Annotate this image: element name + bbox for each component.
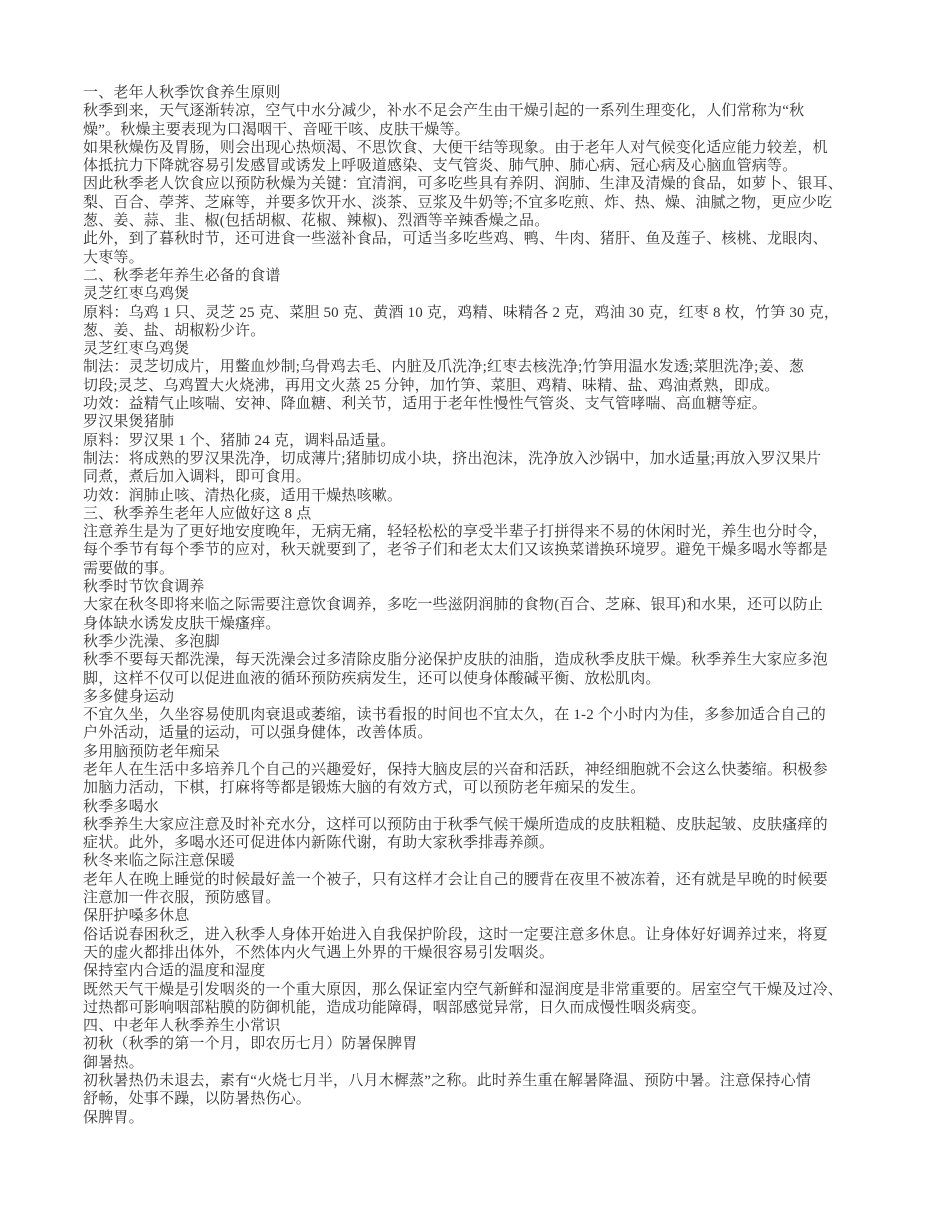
text-line: 罗汉果煲猪肺 <box>83 413 893 431</box>
document-text: 一、老年人秋季饮食养生原则秋季到来，天气逐渐转凉，空气中水分减少，补水不足会产生… <box>83 84 893 1127</box>
text-line: 不宜久坐，久坐容易使肌肉衰退或萎缩，读书看报的时间也不宜太久，在 1-2 个小时… <box>83 706 893 724</box>
text-line: 因此秋季老人饮食应以预防秋燥为关键：宜清润，可多吃些具有养阴、润肺、生津及清燥的… <box>83 175 893 193</box>
text-line: 秋冬来临之际注意保暖 <box>83 852 893 870</box>
text-line: 初秋（秋季的第一个月，即农历七月）防暑保脾胃 <box>83 1035 893 1053</box>
text-line: 每个季节有每个季节的应对，秋天就要到了，老爷子们和老太太们又该换菜谱换环境罗。避… <box>83 541 893 559</box>
text-line: 体抵抗力下降就容易引发感冒或诱发上呼吸道感染、支气管炎、肺气肿、肺心病、冠心病及… <box>83 157 893 175</box>
text-line: 秋季不要每天都洗澡，每天洗澡会过多清除皮脂分泌保护皮肤的油脂，造成秋季皮肤干燥。… <box>83 651 893 669</box>
text-line: 秋季到来，天气逐渐转凉，空气中水分减少，补水不足会产生由干燥引起的一系列生理变化… <box>83 102 893 120</box>
text-line: 一、老年人秋季饮食养生原则 <box>83 84 893 102</box>
text-line: 身体缺水诱发皮肤干燥瘙痒。 <box>83 615 893 633</box>
text-line: 灵芝红枣乌鸡煲 <box>83 285 893 303</box>
text-line: 梨、百合、荸荠、芝麻等，并要多饮开水、淡茶、豆浆及牛奶等;不宜多吃煎、炸、热、燥… <box>83 194 893 212</box>
text-line: 功效：润肺止咳、清热化痰，适用干燥热咳嗽。 <box>83 487 893 505</box>
text-line: 老年人在晚上睡觉的时候最好盖一个被子，只有这样才会让自己的腰背在夜里不被冻着，还… <box>83 871 893 889</box>
text-line: 原料：罗汉果 1 个、猪肺 24 克，调料品适量。 <box>83 432 893 450</box>
text-line: 天的虚火都排出体外，不然体内火气遇上外界的干燥很容易引发咽炎。 <box>83 944 893 962</box>
text-line: 秋季养生大家应注意及时补充水分，这样可以预防由于秋季气候干燥所造成的皮肤粗糙、皮… <box>83 816 893 834</box>
text-line: 同煮，煮后加入调料，即可食用。 <box>83 468 893 486</box>
text-line: 葱、姜、蒜、韭、椒(包括胡椒、花椒、辣椒)、烈酒等辛辣香燥之品。 <box>83 212 893 230</box>
text-line: 保持室内合适的温度和湿度 <box>83 962 893 980</box>
text-line: 四、中老年人秋季养生小常识 <box>83 1017 893 1035</box>
text-line: 多多健身运动 <box>83 688 893 706</box>
text-line: 切段;灵芝、乌鸡置大火烧沸，再用文火蒸 25 分钟，加竹笋、菜胆、鸡精、味精、盐… <box>83 377 893 395</box>
text-line: 原料：乌鸡 1 只、灵芝 25 克、菜胆 50 克、黄酒 10 克，鸡精、味精各… <box>83 304 893 322</box>
text-line: 葱、姜、盐、胡椒粉少许。 <box>83 322 893 340</box>
text-line: 症状。此外，多喝水还可促进体内新陈代谢，有助大家秋季排毒养颜。 <box>83 834 893 852</box>
text-line: 保脾胃。 <box>83 1109 893 1127</box>
text-line: 注意养生是为了更好地安度晚年，无病无痛，轻轻松松的享受半辈子打拼得来不易的休闲时… <box>83 523 893 541</box>
document-page: 一、老年人秋季饮食养生原则秋季到来，天气逐渐转凉，空气中水分减少，补水不足会产生… <box>0 0 950 1230</box>
text-line: 制法：灵芝切成片，用鳖血炒制;乌骨鸡去毛、内脏及爪洗净;红枣去核洗净;竹笋用温水… <box>83 358 893 376</box>
text-line: 户外活动，适量的运动，可以强身健体，改善体质。 <box>83 724 893 742</box>
text-line: 保肝护嗓多休息 <box>83 907 893 925</box>
text-line: 舒畅，处事不躁，以防暑热伤心。 <box>83 1090 893 1108</box>
text-line: 老年人在生活中多培养几个自己的兴趣爱好，保持大脑皮层的兴奋和活跃，神经细胞就不会… <box>83 761 893 779</box>
text-line: 大家在秋冬即将来临之际需要注意饮食调养，多吃一些滋阴润肺的食物(百合、芝麻、银耳… <box>83 596 893 614</box>
text-line: 过热都可影响咽部粘膜的防御机能，造成功能障碍，咽部感觉异常，日久而成慢性咽炎病变… <box>83 999 893 1017</box>
text-line: 既然天气干燥是引发咽炎的一个重大原因，那么保证室内空气新鲜和湿润度是非常重要的。… <box>83 981 893 999</box>
text-line: 燥”。秋燥主要表现为口渴咽干、音哑干咳、皮肤干燥等。 <box>83 121 893 139</box>
text-line: 注意加一件衣服，预防感冒。 <box>83 889 893 907</box>
text-line: 脚，这样不仅可以促进血液的循环预防疾病发生，还可以使身体酸碱平衡、放松肌肉。 <box>83 670 893 688</box>
text-line: 秋季时节饮食调养 <box>83 578 893 596</box>
text-line: 制法：将成熟的罗汉果洗净，切成薄片;猪肺切成小块，挤出泡沫，洗净放入沙锅中，加水… <box>83 450 893 468</box>
text-line: 初秋暑热仍未退去，素有“火烧七月半，八月木樨蒸”之称。此时养生重在解暑降温、预防… <box>83 1072 893 1090</box>
text-line: 三、秋季养生老年人应做好这 8 点 <box>83 505 893 523</box>
text-line: 二、秋季老年养生必备的食谱 <box>83 267 893 285</box>
text-line: 功效：益精气止咳喘、安神、降血糖、利关节，适用于老年性慢性气管炎、支气管哮喘、高… <box>83 395 893 413</box>
text-line: 需要做的事。 <box>83 560 893 578</box>
text-line: 加脑力活动，下棋，打麻将等都是锻炼大脑的有效方式，可以预防老年痴呆的发生。 <box>83 779 893 797</box>
text-line: 秋季少洗澡、多泡脚 <box>83 633 893 651</box>
text-line: 灵芝红枣乌鸡煲 <box>83 340 893 358</box>
text-line: 多用脑预防老年痴呆 <box>83 743 893 761</box>
text-line: 俗话说春困秋乏，进入秋季人身体开始进入自我保护阶段，这时一定要注意多休息。让身体… <box>83 926 893 944</box>
text-line: 秋季多喝水 <box>83 798 893 816</box>
text-line: 御暑热。 <box>83 1054 893 1072</box>
text-line: 大枣等。 <box>83 249 893 267</box>
text-line: 如果秋燥伤及胃肠，则会出现心热烦渴、不思饮食、大便干结等现象。由于老年人对气候变… <box>83 139 893 157</box>
text-line: 此外，到了暮秋时节，还可进食一些滋补食品，可适当多吃些鸡、鸭、牛肉、猪肝、鱼及莲… <box>83 230 893 248</box>
